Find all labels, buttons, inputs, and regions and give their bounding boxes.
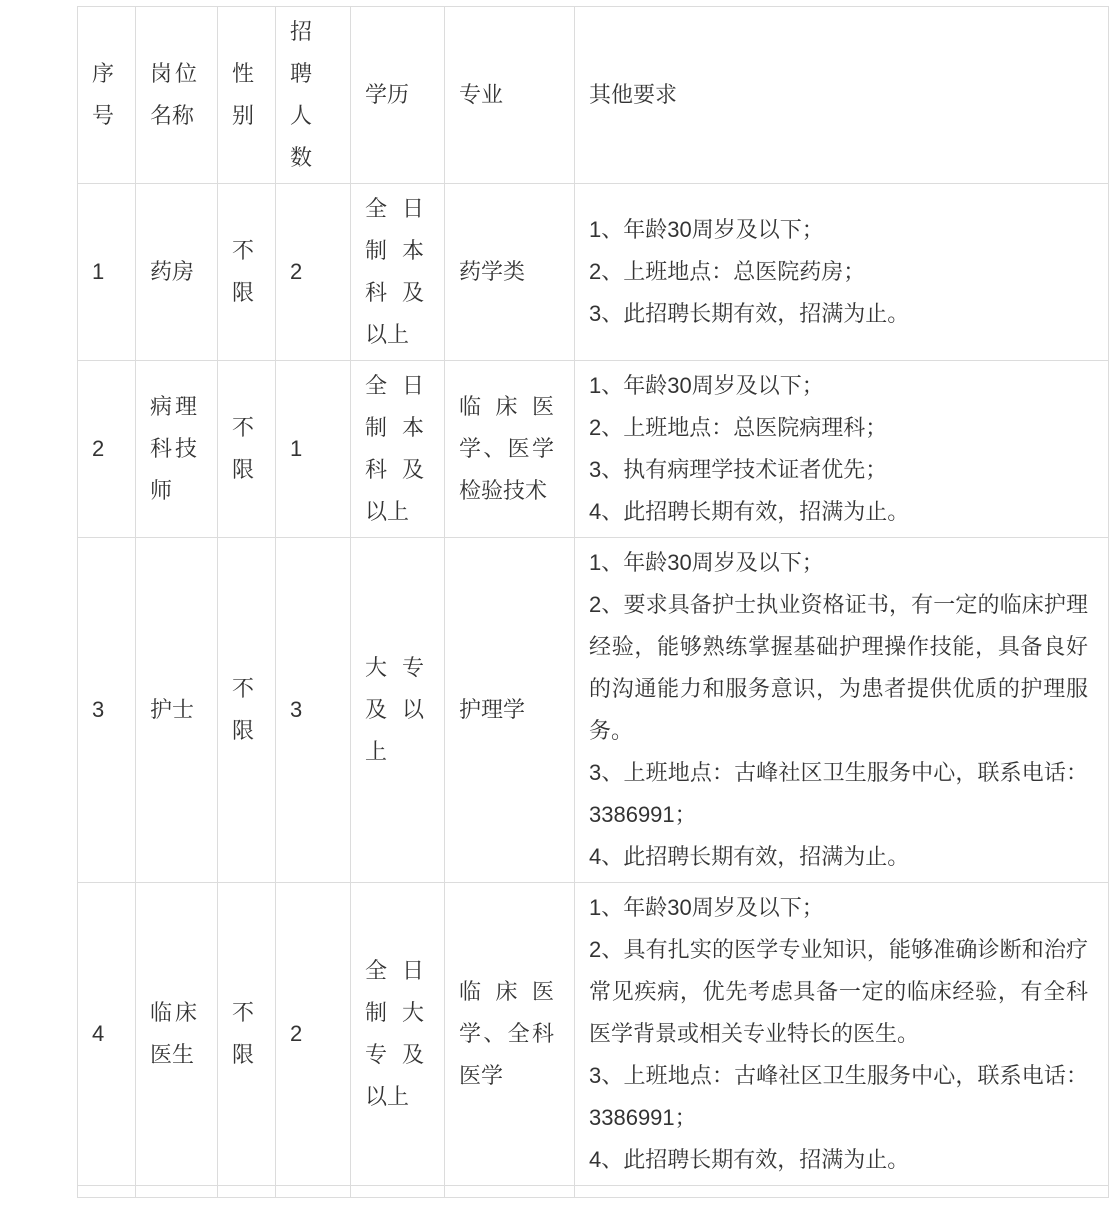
table-row: 3 护士 不限 3 大专及以上 护理学 1、年龄30周岁及以下； 2、要求具备护… (78, 538, 1109, 883)
page: 序号 岗位名称 性别 招聘人数 学历 专业 其他要求 1 药房 不限 2 全日制… (0, 0, 1114, 1198)
table-row: 1 药房 不限 2 全日制本科及以上 药学类 1、年龄30周岁及以下； 2、上班… (78, 184, 1109, 361)
header-cell-position: 岗位名称 (136, 7, 218, 184)
cell-requirements: 1、年龄30周岁及以下； 2、上班地点：总医院病理科； 3、执有病理学技术证者优… (575, 361, 1109, 538)
header-cell-education: 学历 (351, 7, 445, 184)
header-cell-gender: 性别 (218, 7, 276, 184)
cell-position: 临床医生 (136, 883, 218, 1186)
cell-no: 3 (78, 538, 136, 883)
cell-position: 病理科技师 (136, 361, 218, 538)
cell-no: 2 (78, 361, 136, 538)
cell-count: 2 (276, 184, 351, 361)
header-cell-no: 序号 (78, 7, 136, 184)
cell-major: 临床医学、医学检验技术 (445, 361, 575, 538)
requirement-line: 3、上班地点：古峰社区卫生服务中心，联系电话：3386991； (589, 752, 1088, 836)
cell-gender: 不限 (218, 538, 276, 883)
requirement-line: 3、执有病理学技术证者优先； (589, 449, 1088, 491)
cell-education: 全日制大专及以上 (351, 883, 445, 1186)
cell-major: 护理学 (445, 538, 575, 883)
requirement-line: 4、此招聘长期有效，招满为止。 (589, 491, 1088, 533)
cell-gender: 不限 (218, 361, 276, 538)
cell-education: 全日制本科及以上 (351, 184, 445, 361)
empty-cell (445, 1186, 575, 1198)
requirement-line: 2、具有扎实的医学专业知识，能够准确诊断和治疗常见疾病，优先考虑具备一定的临床经… (589, 929, 1088, 1055)
header-cell-count: 招聘人数 (276, 7, 351, 184)
cell-no: 1 (78, 184, 136, 361)
cell-gender: 不限 (218, 883, 276, 1186)
recruitment-table: 序号 岗位名称 性别 招聘人数 学历 专业 其他要求 1 药房 不限 2 全日制… (77, 6, 1109, 1198)
empty-cell (78, 1186, 136, 1198)
cell-position: 药房 (136, 184, 218, 361)
cell-gender: 不限 (218, 184, 276, 361)
requirement-line: 1、年龄30周岁及以下； (589, 887, 1088, 929)
cell-no: 4 (78, 883, 136, 1186)
requirement-line: 1、年龄30周岁及以下； (589, 542, 1088, 584)
empty-cell (218, 1186, 276, 1198)
requirement-line: 2、上班地点：总医院药房； (589, 251, 1088, 293)
requirement-line: 4、此招聘长期有效，招满为止。 (589, 1139, 1088, 1181)
cell-major: 药学类 (445, 184, 575, 361)
cell-requirements: 1、年龄30周岁及以下； 2、具有扎实的医学专业知识，能够准确诊断和治疗常见疾病… (575, 883, 1109, 1186)
cell-major: 临床医学、全科医学 (445, 883, 575, 1186)
empty-cell (351, 1186, 445, 1198)
cell-education: 全日制本科及以上 (351, 361, 445, 538)
requirement-line: 2、要求具备护士执业资格证书，有一定的临床护理经验，能够熟练掌握基础护理操作技能… (589, 584, 1088, 752)
cell-requirements: 1、年龄30周岁及以下； 2、要求具备护士执业资格证书，有一定的临床护理经验，能… (575, 538, 1109, 883)
cell-education: 大专及以上 (351, 538, 445, 883)
header-cell-requirements: 其他要求 (575, 7, 1109, 184)
requirement-line: 3、上班地点：古峰社区卫生服务中心，联系电话：3386991； (589, 1055, 1088, 1139)
header-row: 序号 岗位名称 性别 招聘人数 学历 专业 其他要求 (78, 7, 1109, 184)
requirement-line: 1、年龄30周岁及以下； (589, 365, 1088, 407)
requirement-line: 4、此招聘长期有效，招满为止。 (589, 836, 1088, 878)
empty-row (78, 1186, 1109, 1198)
cell-position: 护士 (136, 538, 218, 883)
cell-count: 2 (276, 883, 351, 1186)
cell-count: 3 (276, 538, 351, 883)
requirement-line: 1、年龄30周岁及以下； (589, 209, 1088, 251)
table-row: 4 临床医生 不限 2 全日制大专及以上 临床医学、全科医学 1、年龄30周岁及… (78, 883, 1109, 1186)
table-row: 2 病理科技师 不限 1 全日制本科及以上 临床医学、医学检验技术 1、年龄30… (78, 361, 1109, 538)
requirement-line: 3、此招聘长期有效，招满为止。 (589, 293, 1088, 335)
cell-count: 1 (276, 361, 351, 538)
empty-cell (136, 1186, 218, 1198)
cell-requirements: 1、年龄30周岁及以下； 2、上班地点：总医院药房； 3、此招聘长期有效，招满为… (575, 184, 1109, 361)
header-cell-major: 专业 (445, 7, 575, 184)
requirement-line: 2、上班地点：总医院病理科； (589, 407, 1088, 449)
empty-cell (276, 1186, 351, 1198)
empty-cell (575, 1186, 1109, 1198)
